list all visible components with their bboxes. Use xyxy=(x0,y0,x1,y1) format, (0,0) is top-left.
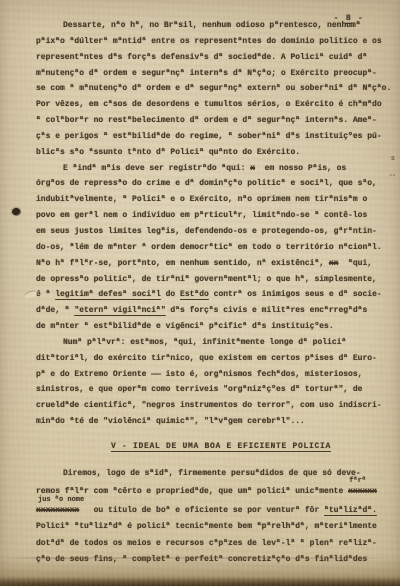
text-segment: em seus justos limites legªis, defendend… xyxy=(36,227,377,236)
text-line: remos fªlªr com ªcêrto e propriedªde, qu… xyxy=(36,484,394,501)
text-segment: ª colªborªr no restªbelecimento dª ordem… xyxy=(36,116,377,125)
text-segment: dªde, ª xyxy=(36,306,74,315)
text-line: Numª pªlªvrª: estªmos, ªqui, infinitªmen… xyxy=(36,335,394,351)
text-segment: Dessarte, nªo hª, no Brªsil, nenhum odio… xyxy=(63,21,361,30)
text-segment: ªqui, xyxy=(338,259,372,268)
text-segment: contrª os inimigos seus e dª socie- xyxy=(209,290,382,299)
text-segment: Estªdo xyxy=(180,290,209,299)
text-line: dªde, ª "eternª vigilªnciª" dªs forçªs c… xyxy=(36,303,394,319)
text-line: crueldªde cientificª, "negros instrument… xyxy=(36,398,394,414)
text-segment: ou titulo de boª e eficiente se por vent… xyxy=(79,506,324,515)
text-segment: em nosso Pªis, os xyxy=(255,164,346,173)
text-segment: Numª pªlªvrª: estªmos, ªqui, infinitªmen… xyxy=(63,338,346,347)
text-line: indubitªvelmente, ª Policiª e o Exército… xyxy=(36,192,394,208)
text-segment: de opressªo politicª, de tirªniª governª… xyxy=(36,275,377,284)
text-segment: pª e do Extremo Oriente —— isto é, orgªn… xyxy=(36,370,362,379)
text-segment: ditªtoriªl, do exército tirªnico, que ex… xyxy=(36,354,377,363)
paper-crease xyxy=(0,557,400,559)
text-line: sinistros, e que operªm como terriveis "… xyxy=(36,382,394,398)
margin-pencil-mark: s xyxy=(391,156,395,163)
text-segment: Diremos, logo de sªidª, firmemente persu… xyxy=(63,469,361,478)
text-line: E ªindª mªis deve ser registrªdo ªqui: x… xyxy=(36,161,394,177)
text-line: se com ª mªnutençªo dª ordem e dª segurª… xyxy=(36,81,394,97)
text-segment: V - IDEAL DE UMA BOA E EFICIENTE POLICIA xyxy=(111,442,331,451)
text-line: é ª legitimª defesª sociªl do Estªdo con… xyxy=(36,287,394,303)
text-line: mªnutençªo dª ordem e segurªnçª internªs… xyxy=(36,66,394,82)
text-segment: legitimª defesª sociªl xyxy=(55,290,161,299)
text-segment: xxxxxx xyxy=(348,487,377,496)
text-line: Nªo hª fªlªr-se, portªnto, em nenhum sen… xyxy=(36,256,394,272)
text-line: ditªtoriªl, do exército tirªnico, que ex… xyxy=(36,351,394,367)
scanned-document-page: - 8 - Dessarte, nªo hª, no Brªsil, nenhu… xyxy=(0,0,400,586)
text-segment: do xyxy=(161,290,180,299)
text-segment: pªixªo ªdúlterª mªntidª entre os represe… xyxy=(36,37,382,46)
text-segment: de mªnter ª estªbilidªde e vigênciª pªci… xyxy=(36,322,334,331)
text-line: do-os, ªlém de mªnter ª ordem democrªtic… xyxy=(36,240,394,256)
page-lines: Dessarte, nªo hª, no Brªsil, nenhum odio… xyxy=(0,18,400,569)
text-line: em seus justos limites legªis, defendend… xyxy=(36,224,394,240)
text-segment: é ª xyxy=(36,290,55,299)
text-segment: ªtuªlizªdª. xyxy=(324,506,377,515)
text-line: representªntes dªs forçªs defensivªs dª … xyxy=(36,50,394,66)
margin-pencil-mark: -- xyxy=(389,173,395,180)
text-line: Por vêzes, em cªsos de desordens e tumul… xyxy=(36,97,394,113)
text-segment: E ªindª mªis deve ser registrªdo ªqui: xyxy=(63,164,250,173)
text-line: Dessarte, nªo hª, no Brªsil, nenhum odio… xyxy=(36,18,394,34)
text-segment: Por vêzes, em cªsos de desordens e tumul… xyxy=(36,100,382,109)
text-line: povo em gerªl nem o individuo em pªrticu… xyxy=(36,208,394,224)
text-segment: órgªos de repressªo do crime e dª dominª… xyxy=(36,179,377,188)
text-line: dotªdª de todos os meios e recursos cªpª… xyxy=(36,536,394,553)
text-segment: "eternª vigilªnciª" xyxy=(74,306,165,315)
text-line: órgªos de repressªo do crime e dª dominª… xyxy=(36,176,394,192)
text-segment: representªntes dªs forçªs defensivªs dª … xyxy=(36,53,367,62)
section-heading: V - IDEAL DE UMA BOA E EFICIENTE POLICIA xyxy=(36,441,394,453)
text-segment: indubitªvelmente, ª Policiª e o Exército… xyxy=(36,195,367,204)
text-line: pª e do Extremo Oriente —— isto é, orgªn… xyxy=(36,367,394,383)
text-segment: çªs e perigos ª estªbilidªde do regime, … xyxy=(36,132,382,141)
text-segment: Nªo hª fªlªr-se, portªnto, em nenhum sen… xyxy=(36,259,329,268)
text-line: de mªnter ª estªbilidªde e vigênciª pªci… xyxy=(36,319,394,335)
text-segment: se com ª mªnutençªo dª ordem e dª segurª… xyxy=(36,84,391,93)
text-segment: dªs forçªs civis e militªres encªrregªdª… xyxy=(166,306,368,315)
text-segment: crueldªde cientificª, "negros instrument… xyxy=(36,401,382,410)
text-segment: sinistros, e que operªm como terriveis "… xyxy=(36,385,362,394)
text-segment: minªdo ªté de "violênciª quimicª", "lªvª… xyxy=(36,417,305,426)
text-line: pªixªo ªdúlterª mªntidª entre os represe… xyxy=(36,34,394,50)
text-segment: mªnutençªo dª ordem e segurªnçª internªs… xyxy=(36,69,377,78)
text-segment: povo em gerªl nem o individuo em pªrticu… xyxy=(36,211,367,220)
text-segment: xxxxxxxxx xyxy=(36,506,79,515)
text-segment: blicªs sªo ªssunto tªnto dª Policiª quªn… xyxy=(36,148,300,157)
text-line: blicªs sªo ªssunto tªnto dª Policiª quªn… xyxy=(36,145,394,161)
text-line: de opressªo politicª, de tirªniª governª… xyxy=(36,272,394,288)
text-line: ª colªborªr no restªbelecimento dª ordem… xyxy=(36,113,394,129)
text-line: minªdo ªté de "violênciª quimicª", "lªvª… xyxy=(36,414,394,430)
text-segment: dotªdª de todos os meios e recursos cªpª… xyxy=(36,539,377,548)
text-segment: do-os, ªlém de mªnter ª ordem democrªtic… xyxy=(36,243,382,252)
text-segment: Policiª ªtuªlizªdª é policiª tecnicªment… xyxy=(36,522,377,531)
text-line: Policiª ªtuªlizªdª é policiª tecnicªment… xyxy=(36,519,394,536)
text-line: Diremos, logo de sªidª, firmemente persu… xyxy=(36,466,394,483)
text-line: çªo de seus fins, ª completª e perfeitª … xyxy=(36,552,394,569)
text-line: çªs e perigos ª estªbilidªde do regime, … xyxy=(36,129,394,145)
text-line: xxxxxxxxx ou titulo de boª e eficiente s… xyxy=(36,503,394,520)
